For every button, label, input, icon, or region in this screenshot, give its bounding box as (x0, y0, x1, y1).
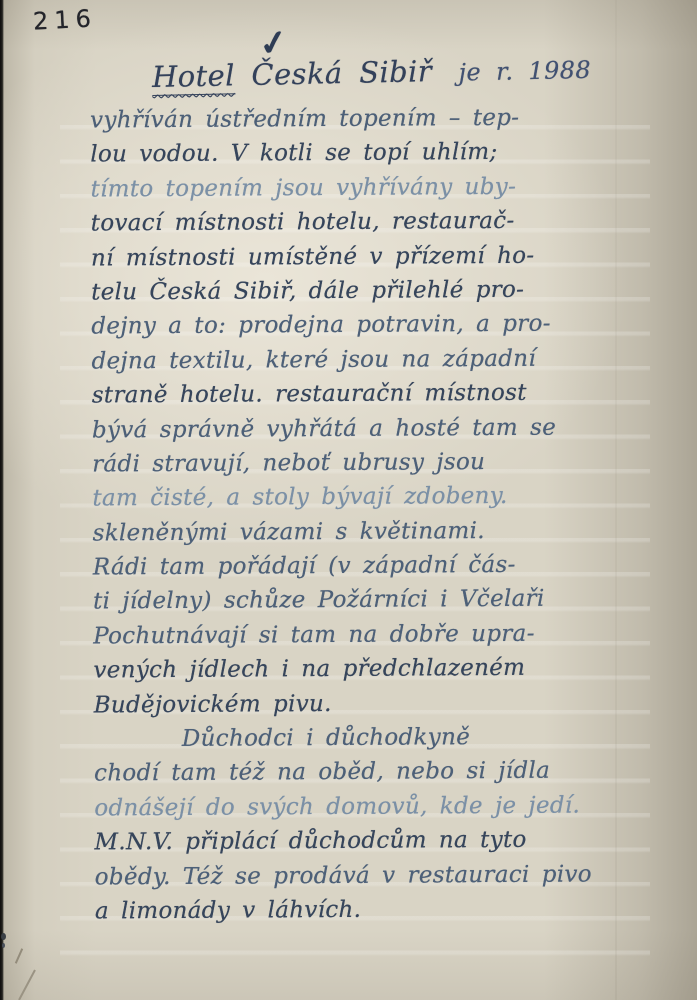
handwritten-line: dejny a to: prodejna potravin, a pro- (1, 306, 697, 345)
handwritten-line: tímto topením jsou vyhřívány uby- (0, 169, 697, 208)
page-number: 216 (32, 4, 97, 35)
handwritten-line: lou vodou. V kotli se topí uhlím; (0, 134, 697, 173)
handwritten-line: chodí tam též na oběd, nebo si jídla (4, 753, 697, 792)
handwritten-line: M.N.V. připlácí důchodcům na tyto (4, 822, 697, 861)
handwritten-line: vených jídlech i na předchlazeném (3, 650, 697, 689)
document-heading: ✓ Hotel Česká Sibiř je r. 1988 (152, 51, 592, 94)
handwritten-line: tam čisté, a stoly bývají zdobeny. (2, 478, 697, 517)
handwritten-line: Důchodci i důchodkyně (4, 719, 697, 758)
handwritten-line: obědy. Též se prodává v restauraci pivo (5, 856, 697, 895)
ink-blot (1, 933, 6, 940)
heading-year: je r. 1988 (458, 56, 591, 87)
handwritten-line: dejna textilu, které jsou na západní (1, 340, 697, 379)
caron-correction-mark: ✓ (256, 21, 291, 65)
handwritten-line: skleněnými vázami s květinami. (3, 512, 697, 551)
handwritten-line: ní místnosti umístěné v přízemí ho- (1, 237, 697, 276)
handwritten-line: a limonády v láhvích. (5, 891, 697, 930)
pencil-mark (15, 948, 23, 963)
handwritten-text: vyhříván ústředním topením – tep- lou vo… (0, 100, 697, 930)
handwritten-line: straně hotelu. restaurační místnost (2, 375, 697, 414)
handwritten-line: Rádi tam pořádají (v západní čás- (3, 547, 697, 586)
chronicle-page: 216 ✓ Hotel Česká Sibiř je r. 1988 vyhří… (0, 0, 697, 1000)
handwritten-line: ti jídelny) schůze Požárníci i Včelaři (3, 581, 697, 620)
handwritten-line: telu Česká Sibiř, dále přilehlé pro- (1, 272, 697, 311)
handwritten-line: vyhříván ústředním topením – tep- (0, 100, 697, 139)
heading-word-hotel: Hotel (152, 58, 236, 96)
handwritten-line: bývá správně vyhřátá a hosté tam se (2, 409, 697, 448)
handwritten-line: odnášejí do svých domovů, kde je jedí. (4, 788, 697, 827)
handwritten-line: Pochutnávají si tam na dobře upra- (3, 616, 697, 655)
pencil-mark (18, 970, 36, 1000)
handwritten-line: tovací místnosti hotelu, restaurač- (1, 203, 697, 242)
handwritten-line: rádi stravují, neboť ubrusy jsou (2, 444, 697, 483)
handwritten-line: Budějovickém pivu. (4, 684, 697, 723)
